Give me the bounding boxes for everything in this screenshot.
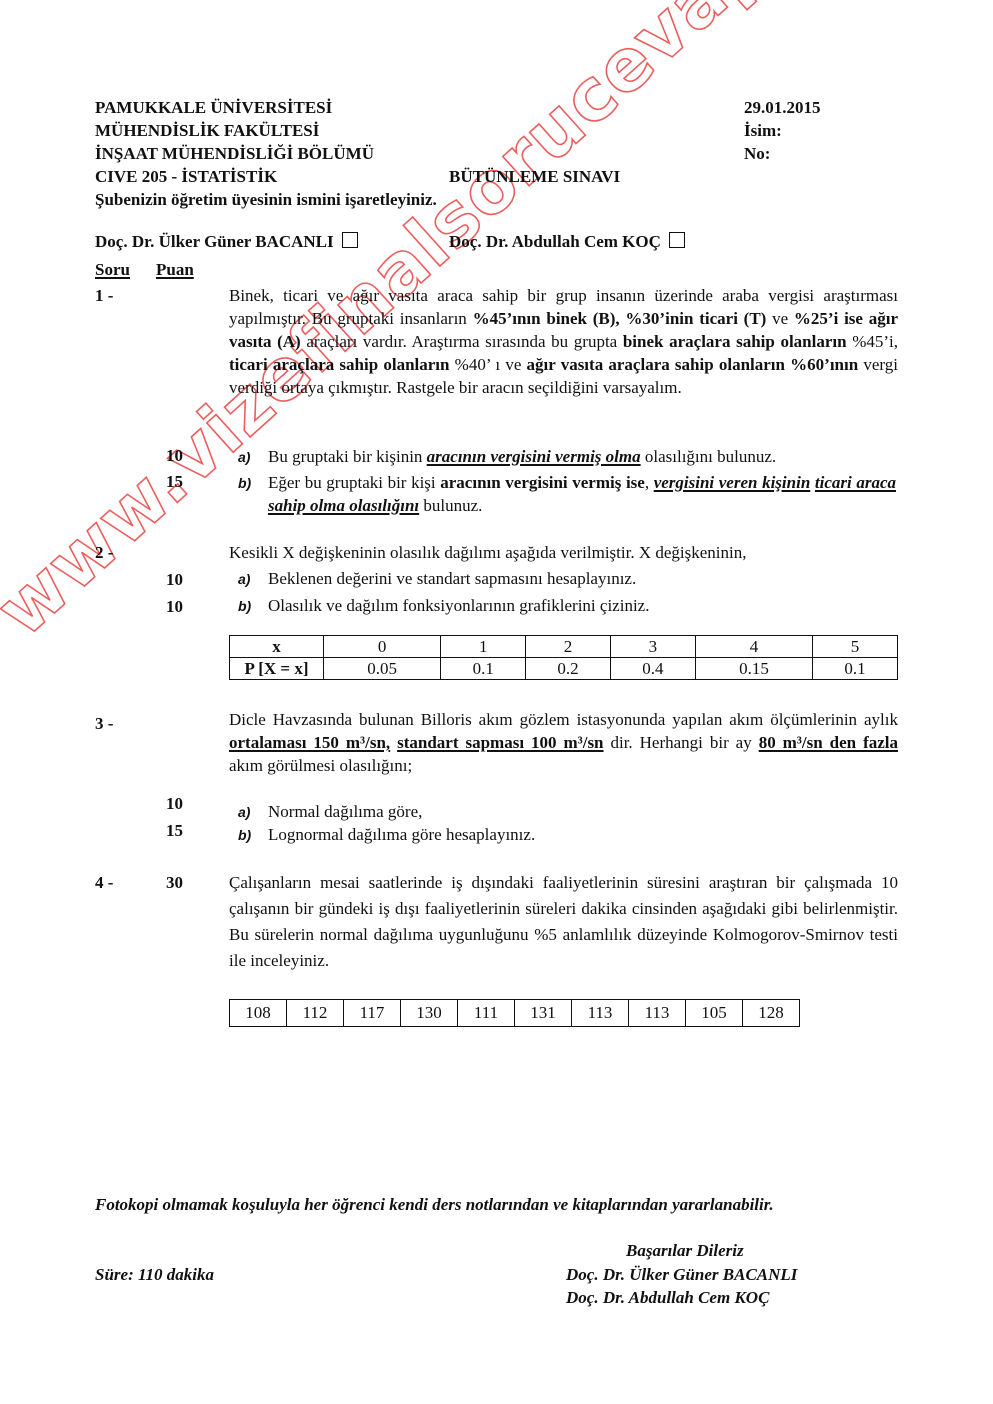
question-1b: b)Eğer bu gruptaki bir kişi aracının ver… <box>238 471 898 517</box>
question-column-heading: Soru <box>95 258 130 281</box>
instruction: Şubenizin öğretim üyesinin ismini işaret… <box>95 188 437 211</box>
checkbox-icon[interactable] <box>342 232 358 248</box>
points-value: 10 <box>166 792 183 815</box>
question-number: 4 - <box>95 871 113 894</box>
question-3-text: Dicle Havzasında bulunan Billoris akım g… <box>229 708 898 777</box>
points-value: 10 <box>166 568 183 591</box>
closing-wish: Başarılar Dileriz <box>626 1241 744 1261</box>
question-2-text: Kesikli X değişkeninin olasılık dağılımı… <box>229 541 747 564</box>
question-number: 3 - <box>95 712 113 735</box>
instructor-option-2[interactable]: Doç. Dr. Abdullah Cem KOÇ <box>449 230 685 253</box>
exam-duration: Süre: 110 dakika <box>95 1265 214 1285</box>
header-right: 29.01.2015 İsim: No: <box>744 96 821 165</box>
university-name: PAMUKKALE ÜNİVERSİTESİ <box>95 96 437 119</box>
question-4-text: Çalışanların mesai saatlerinde iş dışınd… <box>229 870 898 974</box>
signature-2: Doç. Dr. Abdullah Cem KOÇ <box>566 1288 769 1308</box>
exam-type: BÜTÜNLEME SINAVI <box>449 165 620 188</box>
question-2b: b)Olasılık ve dağılım fonksiyonlarının g… <box>238 594 649 618</box>
instructor-name: Doç. Dr. Ülker Güner BACANLI <box>95 232 334 251</box>
signature-1: Doç. Dr. Ülker Güner BACANLI <box>566 1265 797 1285</box>
question-number: 1 - <box>95 284 113 307</box>
question-3a: a)Normal dağılıma göre, <box>238 800 422 824</box>
footer-note: Fotokopi olmamak koşuluyla her öğrenci k… <box>95 1195 774 1215</box>
instructor-option-1[interactable]: Doç. Dr. Ülker Güner BACANLI <box>95 230 358 253</box>
name-field-label[interactable]: İsim: <box>744 119 821 142</box>
table-row: 108112 117130 111131 113113 105128 <box>230 1000 800 1027</box>
points-value: 10 <box>166 595 183 618</box>
number-field-label[interactable]: No: <box>744 142 821 165</box>
probability-table: x 01 23 45 P [X = x] 0.050.1 0.20.4 0.15… <box>229 635 898 680</box>
exam-date: 29.01.2015 <box>744 96 821 119</box>
question-1-text: Binek, ticari ve ağır vasıta araca sahip… <box>229 284 898 399</box>
instructor-name: Doç. Dr. Abdullah Cem KOÇ <box>449 232 661 251</box>
faculty-name: MÜHENDİSLİK FAKÜLTESİ <box>95 119 437 142</box>
points-column-heading: Puan <box>156 258 194 281</box>
header-left: PAMUKKALE ÜNİVERSİTESİ MÜHENDİSLİK FAKÜL… <box>95 96 437 211</box>
points-value: 15 <box>166 819 183 842</box>
question-2a: a)Beklenen değerini ve standart sapmasın… <box>238 567 636 591</box>
points-value: 30 <box>166 871 183 894</box>
checkbox-icon[interactable] <box>669 232 685 248</box>
table-row: P [X = x] 0.050.1 0.20.4 0.150.1 <box>230 658 898 680</box>
question-number: 2 - <box>95 541 113 564</box>
points-value: 10 <box>166 444 183 467</box>
department-name: İNŞAAT MÜHENDİSLİĞİ BÖLÜMÜ <box>95 142 437 165</box>
course-code: CIVE 205 - İSTATİSTİK <box>95 165 437 188</box>
question-3b: b)Lognormal dağılıma göre hesaplayınız. <box>238 823 535 847</box>
question-1a: a)Bu gruptaki bir kişinin aracının vergi… <box>238 445 898 469</box>
points-value: 15 <box>166 470 183 493</box>
duration-data-table: 108112 117130 111131 113113 105128 <box>229 999 800 1027</box>
table-row: x 01 23 45 <box>230 636 898 658</box>
